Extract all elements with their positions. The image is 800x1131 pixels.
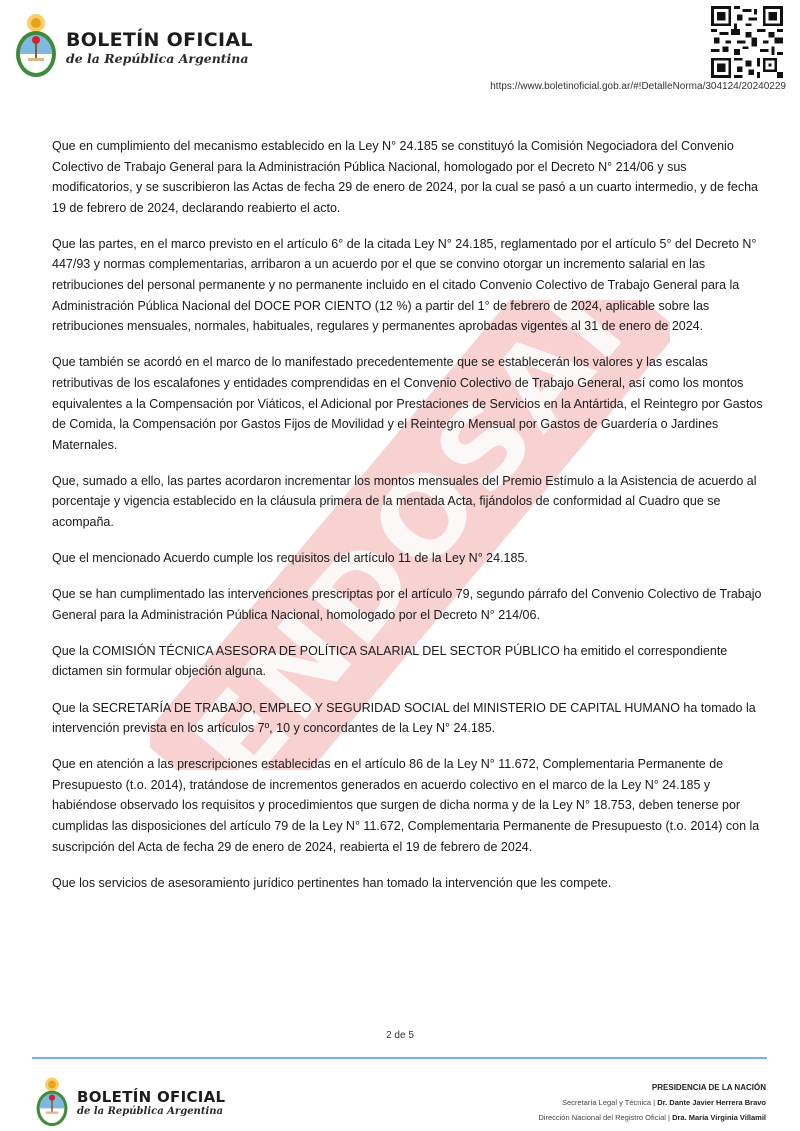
document-body: Que en cumplimiento del mecanismo establ… <box>52 136 767 909</box>
office-name: Dirección Nacional del Registro Oficial … <box>538 1113 672 1122</box>
presidency-label: PRESIDENCIA DE LA NACIÓN <box>538 1080 766 1095</box>
qr-code-icon[interactable] <box>710 6 784 78</box>
paragraph: Que el mencionado Acuerdo cumple los req… <box>52 548 767 569</box>
paragraph: Que la COMISIÓN TÉCNICA ASESORA DE POLÍT… <box>52 641 767 682</box>
paragraph: Que se han cumplimentado las intervencio… <box>52 584 767 625</box>
brand-title: BOLETÍN OFICIAL <box>66 29 253 51</box>
paragraph: Que en cumplimiento del mecanismo establ… <box>52 136 767 218</box>
brand-subtitle: de la República Argentina <box>66 51 253 66</box>
footer-brand-title: BOLETÍN OFICIAL <box>77 1088 225 1106</box>
footer-brand-subtitle: de la República Argentina <box>77 1106 225 1118</box>
footer-line-secretaria: Secretaría Legal y Técnica | Dr. Dante J… <box>538 1095 766 1110</box>
coat-of-arms-icon <box>35 1076 69 1130</box>
paragraph: Que también se acordó en el marco de lo … <box>52 352 767 455</box>
paragraph: Que las partes, en el marco previsto en … <box>52 234 767 337</box>
coat-of-arms-icon <box>14 12 58 82</box>
paragraph: Que en atención a las prescripciones est… <box>52 754 767 857</box>
page-indicator: 2 de 5 <box>0 1030 800 1041</box>
header-logo: BOLETÍN OFICIAL de la República Argentin… <box>14 12 253 82</box>
footer-line-direccion: Dirección Nacional del Registro Oficial … <box>538 1110 766 1125</box>
footer-divider <box>32 1057 767 1059</box>
paragraph: Que la SECRETARÍA DE TRABAJO, EMPLEO Y S… <box>52 698 767 739</box>
paragraph: Que, sumado a ello, las partes acordaron… <box>52 471 767 533</box>
paragraph: Que los servicios de asesoramiento juríd… <box>52 873 767 894</box>
footer-credits: PRESIDENCIA DE LA NACIÓN Secretaría Lega… <box>538 1080 766 1125</box>
official-name: Dr. Dante Javier Herrera Bravo <box>657 1098 766 1107</box>
official-name: Dra. María Virginia Villamil <box>672 1113 766 1122</box>
office-name: Secretaría Legal y Técnica | <box>562 1098 657 1107</box>
footer-logo: BOLETÍN OFICIAL de la República Argentin… <box>35 1076 225 1130</box>
document-url[interactable]: https://www.boletinoficial.gob.ar/#!Deta… <box>490 81 786 92</box>
